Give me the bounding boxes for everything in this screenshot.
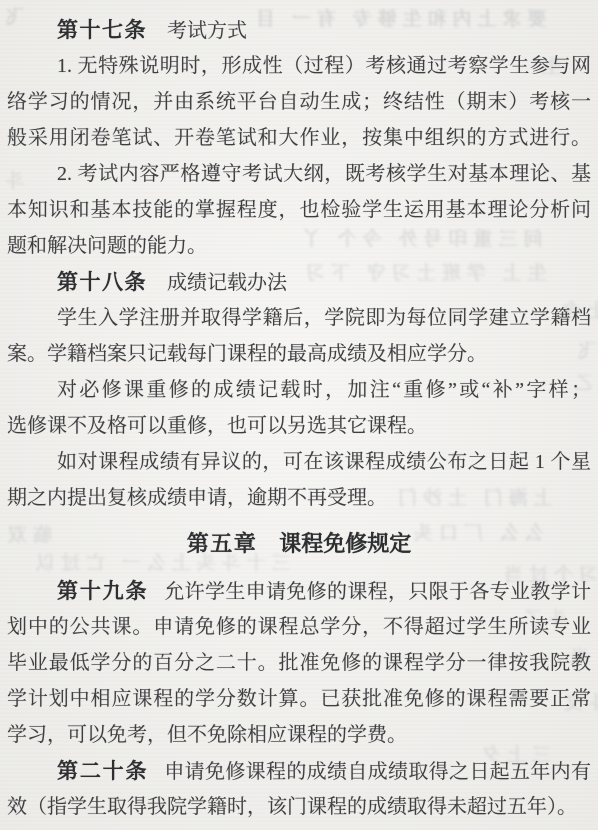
text-line: 学生入学注册并取得学籍后，学院即为每位同学建立学籍档 bbox=[7, 300, 591, 336]
text-line: 2. 考试内容严格遵守考试大纲，既考核学生对基本理论、基 bbox=[7, 156, 591, 192]
article-number: 第十八条 bbox=[57, 270, 147, 294]
text-line: 第十九条允许学生申请免修的课程，只限于各专业教学计 bbox=[7, 573, 591, 609]
text-line: 期之内提出复核成绩申请，逾期不再受理。 bbox=[7, 480, 591, 516]
article-heading: 第十八条成绩记载办法 bbox=[7, 264, 591, 300]
text-line: 划中的公共课。申请免修的课程总学分，不得超过学生所读专业 bbox=[7, 609, 591, 645]
line-text: 申请免修课程的成绩自成绩取得之日起五年内有 bbox=[164, 761, 591, 783]
text-line: 题和解决问题的能力。 bbox=[7, 228, 591, 264]
article-heading: 第十七条考试方式 bbox=[7, 12, 591, 48]
article-number: 第十九条 bbox=[57, 579, 148, 603]
text-line: 络学习的情况，并由系统平台自动生成；终结性（期末）考核一 bbox=[7, 84, 591, 120]
text-line: 学习，可以免考，但不免除相应课程的学费。 bbox=[7, 717, 591, 753]
text-line: 般采用闭卷笔试、开卷笔试和大作业，按集中组织的方式进行。 bbox=[7, 120, 591, 156]
line-text: 课程免修规定 bbox=[279, 531, 411, 556]
text-line: 本知识和基本技能的掌握程度，也检验学生运用基本理论分析问 bbox=[7, 192, 591, 228]
text-line: 毕业最低学分的百分之二十。批准免修的课程学分一律按我院教 bbox=[7, 645, 591, 681]
text-line: 第二十条申请免修课程的成绩自成绩取得之日起五年内有 bbox=[7, 753, 591, 789]
document-body: 第十七条考试方式1. 无特殊说明时，形成性（过程）考核通过考察学生参与网络学习的… bbox=[0, 0, 598, 830]
text-line: 对必修课重修的成绩记载时，加注“重修”或“补”字样； bbox=[7, 372, 591, 408]
line-text: 考试方式 bbox=[167, 20, 247, 42]
text-line: 1. 无特殊说明时，形成性（过程）考核通过考察学生参与网 bbox=[7, 48, 591, 84]
text-line: 案。学籍档案只记载每门课程的最高成绩及相应学分。 bbox=[7, 336, 591, 372]
chapter-number: 第五章 bbox=[187, 531, 258, 556]
text-line: 学计划中相应课程的学分数计算。已获批准免修的课程需要正常 bbox=[7, 681, 591, 717]
chapter-heading: 第五章课程免修规定 bbox=[7, 526, 591, 562]
line-text: 成绩记载办法 bbox=[167, 272, 287, 294]
article-number: 第二十条 bbox=[57, 759, 148, 783]
scanned-document-page: 要求上内和生够专 有一 目飞生斗问三重印号外 今个 丫生上 学班土习守 下习土含… bbox=[0, 0, 598, 830]
text-line: 如对课程成绩有异议的，可在该课程成绩公布之日起 1 个星 bbox=[7, 444, 591, 480]
article-number: 第十七条 bbox=[57, 18, 147, 42]
text-line: 效（指学生取得我院学籍时，该门课程的成绩取得未超过五年）。 bbox=[7, 789, 591, 825]
line-text: 允许学生申请免修的课程，只限于各专业教学计 bbox=[164, 581, 591, 603]
text-line: 选修课不及格可以重修，也可以另选其它课程。 bbox=[7, 408, 591, 444]
